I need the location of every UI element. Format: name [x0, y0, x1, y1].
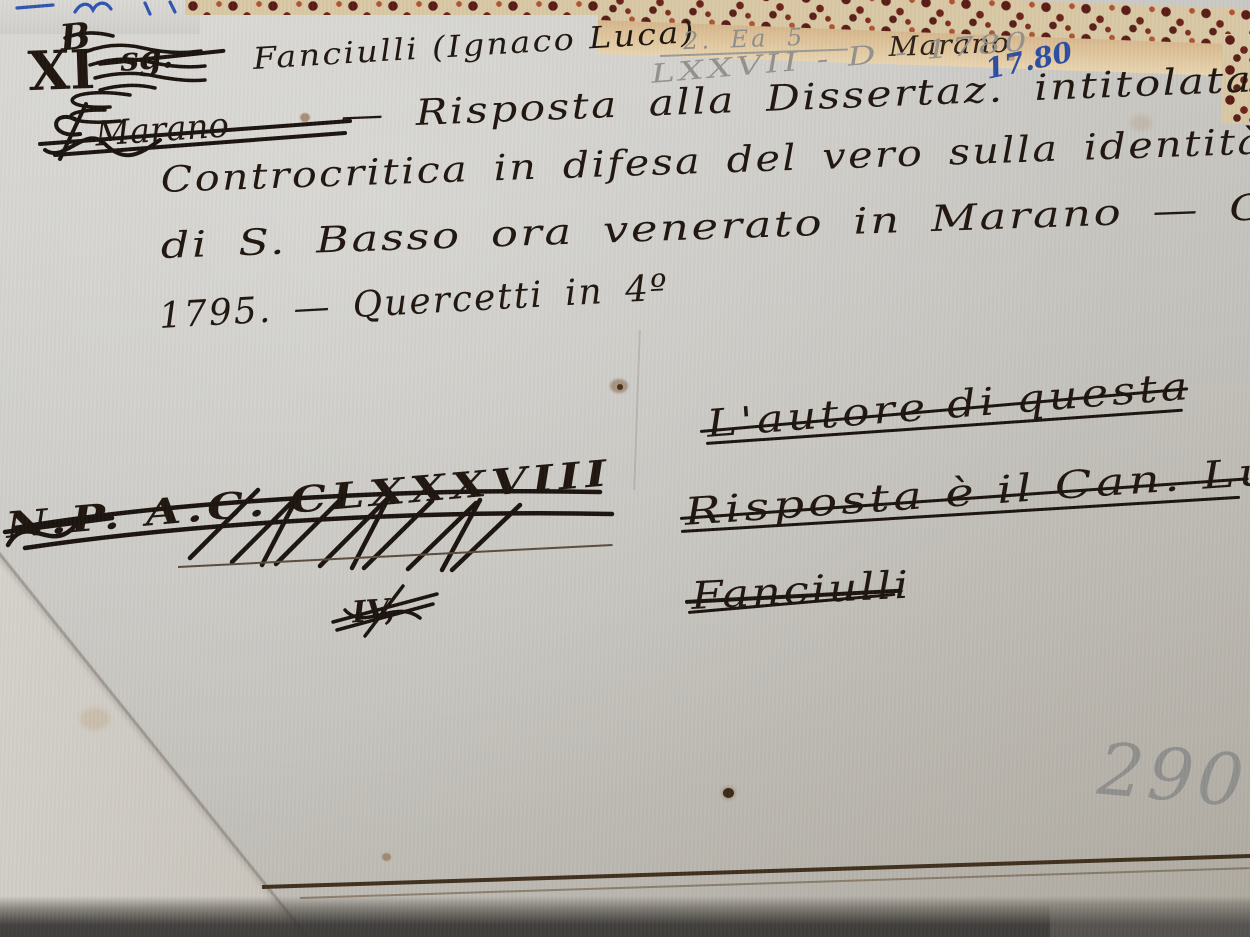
- entry-line-4: 1795. — Quercetti in 4º: [158, 268, 670, 337]
- crease-line: [633, 330, 641, 490]
- photo-of-manuscript-card: B XI sg. Fanciulli (Ignaco Luca) 2. Ea 5…: [0, 0, 1250, 937]
- crossed-note-line-2: Risposta è il Can. Luca: [683, 444, 1250, 534]
- author-heading: Fanciulli (Ignaco Luca): [252, 15, 697, 77]
- stain-dot-2: [1008, 55, 1015, 61]
- entry-line-3: di S. Basso ora venerato in Marano — Osi…: [160, 183, 1250, 267]
- stain-faint-right: [1130, 115, 1152, 131]
- stain-smudge-center-dark: [617, 384, 623, 390]
- bottom-right-light-sheet: [1050, 905, 1250, 937]
- crossed-small-scribble: [325, 580, 455, 645]
- hole-dot-bottom: [723, 788, 734, 798]
- stain-faint-fold: [80, 708, 110, 730]
- pencil-page-number: 290: [1095, 727, 1250, 824]
- stain-dot-3: [382, 853, 391, 861]
- stain-dot-1: [300, 113, 310, 122]
- crossed-shelfmark-scribble: [0, 470, 640, 585]
- crossed-note-line-1: L'autore di questa: [705, 364, 1193, 446]
